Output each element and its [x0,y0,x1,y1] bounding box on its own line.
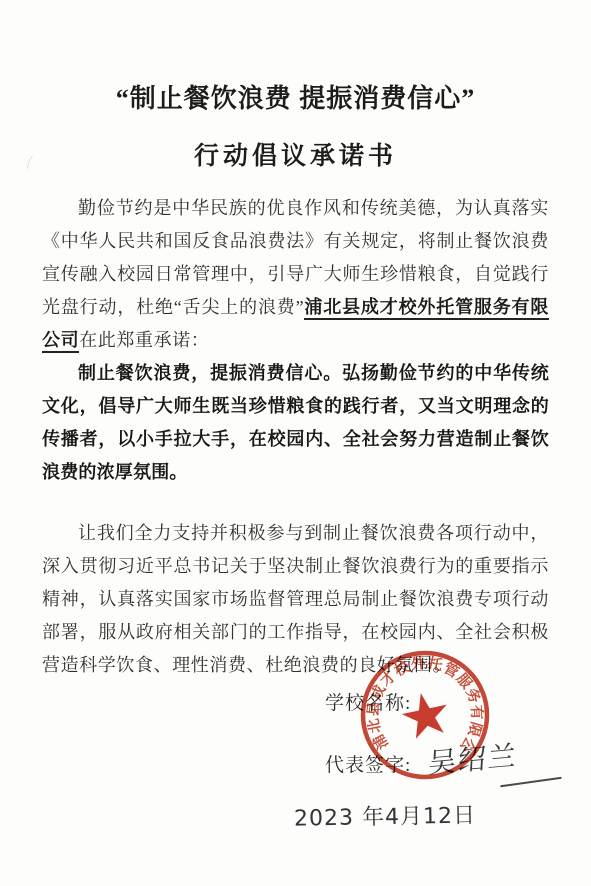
paragraph-1: 勤俭节约是中华民族的优良作风和传统美德，为认真落实《中华人民共和国反食品浪费法》… [42,192,549,357]
document-body: 勤俭节约是中华民族的优良作风和传统美德，为认真落实《中华人民共和国反食品浪费法》… [42,192,549,682]
document-title-line1: “制止餐饮浪费 提振消费信心” [0,78,591,115]
seal-star-icon: ★ [392,676,459,756]
document-page: “制止餐饮浪费 提振消费信心” 行动倡议承诺书 勤俭节约是中华民族的优良作风和传… [0,0,591,886]
paragraph-2-bold: 制止餐饮浪费，提振消费信心。弘扬勤俭节约的中华传统文化，倡导广大师生既当珍惜粮食… [42,357,549,489]
paragraph-1-closing: 在此郑重承诺： [79,330,209,350]
document-title-line2: 行动倡议承诺书 [0,136,591,172]
title-block: “制止餐饮浪费 提振消费信心” 行动倡议承诺书 [0,78,591,172]
signature-pen-stroke [500,777,562,788]
company-seal-stamp: 浦北县成才校外托管服务有限公司 ★ [351,641,499,789]
handwritten-date: 2023 年4月12日 [294,798,476,832]
